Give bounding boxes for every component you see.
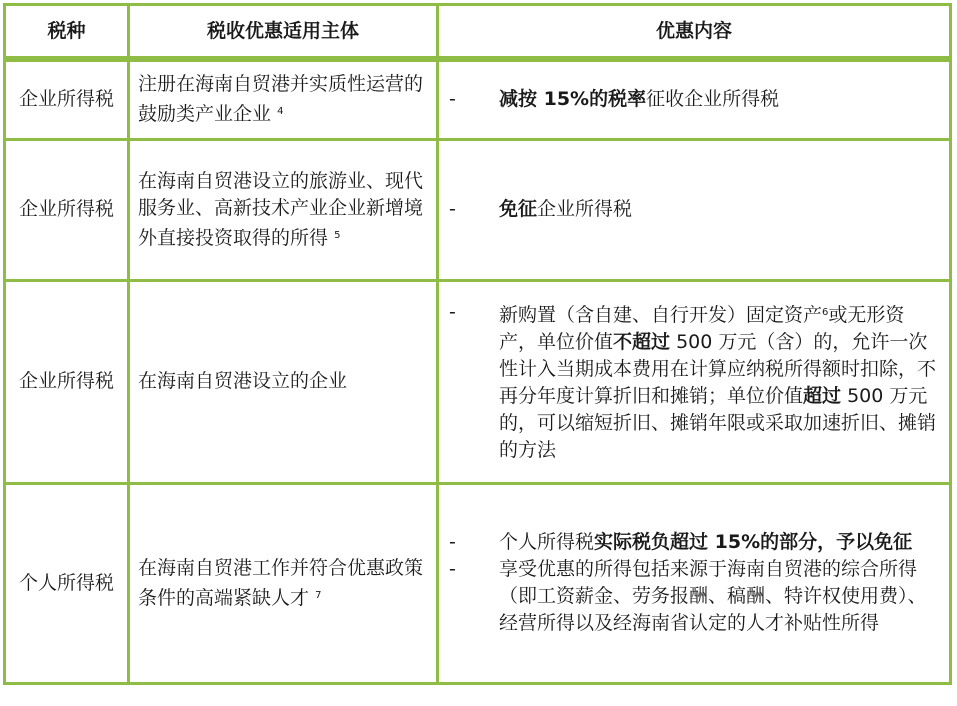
cell-tax-type: 个人所得税 — [5, 483, 129, 683]
bullet-dash: - — [447, 196, 499, 223]
text-segment: 新购置（含自建、自行开发）固定资产 — [499, 304, 822, 326]
text-segment: 个人所得税 — [499, 531, 594, 553]
bullet-text: 减按 15%的税率征收企业所得税 — [499, 86, 941, 113]
bullet-dash: - — [447, 86, 499, 113]
bullet-dash: - — [447, 556, 499, 637]
header-row: 税种 税收优惠适用主体 优惠内容 — [5, 5, 951, 60]
subject-text: 注册在海南自贸港并实质性运营的鼓励类产业企业 — [138, 73, 423, 125]
emphasis-text: 不超过 — [613, 331, 670, 353]
emphasis-text: 减按 15%的税率 — [499, 88, 646, 110]
table-row: 企业所得税注册在海南自贸港并实质性运营的鼓励类产业企业 4-减按 15%的税率征… — [5, 59, 951, 139]
cell-tax-type: 企业所得税 — [5, 280, 129, 483]
bullet-item: -免征企业所得税 — [447, 196, 941, 223]
cell-content: -个人所得税实际税负超过 15%的部分，予以免征-享受优惠的所得包括来源于海南自… — [438, 483, 951, 683]
emphasis-text: 免征 — [499, 198, 537, 220]
table-row: 企业所得税在海南自贸港设立的旅游业、现代服务业、高新技术产业企业新增境外直接投资… — [5, 139, 951, 280]
cell-content: -减按 15%的税率征收企业所得税 — [438, 59, 951, 139]
text-segment: 征收企业所得税 — [646, 88, 779, 110]
bullet-dash: - — [447, 529, 499, 556]
footnote-ref: 7 — [315, 590, 321, 601]
cell-tax-type: 企业所得税 — [5, 59, 129, 139]
subject-text: 在海南自贸港设立的旅游业、现代服务业、高新技术产业企业新增境外直接投资取得的所得 — [138, 170, 423, 249]
bullet-item: -享受优惠的所得包括来源于海南自贸港的综合所得（即工资薪金、劳务报酬、稿酬、特许… — [447, 556, 941, 637]
subject-text: 在海南自贸港工作并符合优惠政策条件的高端紧缺人才 — [138, 557, 423, 609]
bullet-text: 免征企业所得税 — [499, 196, 941, 223]
bullet-item: -减按 15%的税率征收企业所得税 — [447, 86, 941, 113]
cell-subject: 注册在海南自贸港并实质性运营的鼓励类产业企业 4 — [129, 59, 438, 139]
bullet-item: -个人所得税实际税负超过 15%的部分，予以免征 — [447, 529, 941, 556]
bullet-item: -新购置（含自建、自行开发）固定资产6或无形资产，单位价值不超过 500 万元（… — [447, 299, 941, 464]
header-subject: 税收优惠适用主体 — [129, 5, 438, 60]
table-row: 个人所得税在海南自贸港工作并符合优惠政策条件的高端紧缺人才 7-个人所得税实际税… — [5, 483, 951, 683]
tax-incentive-table: 税种 税收优惠适用主体 优惠内容 企业所得税注册在海南自贸港并实质性运营的鼓励类… — [3, 3, 952, 685]
cell-subject: 在海南自贸港设立的企业 — [129, 280, 438, 483]
cell-content: -免征企业所得税 — [438, 139, 951, 280]
header-content: 优惠内容 — [438, 5, 951, 60]
cell-subject: 在海南自贸港设立的旅游业、现代服务业、高新技术产业企业新增境外直接投资取得的所得… — [129, 139, 438, 280]
cell-tax-type: 企业所得税 — [5, 139, 129, 280]
text-segment: 享受优惠的所得包括来源于海南自贸港的综合所得（即工资薪金、劳务报酬、稿酬、特许权… — [499, 558, 927, 634]
bullet-dash: - — [447, 299, 499, 464]
cell-content: -新购置（含自建、自行开发）固定资产6或无形资产，单位价值不超过 500 万元（… — [438, 280, 951, 483]
bullet-text: 新购置（含自建、自行开发）固定资产6或无形资产，单位价值不超过 500 万元（含… — [499, 299, 941, 464]
emphasis-text: 实际税负超过 15%的部分，予以免征 — [594, 531, 912, 553]
bullet-text: 享受优惠的所得包括来源于海南自贸港的综合所得（即工资薪金、劳务报酬、稿酬、特许权… — [499, 556, 941, 637]
cell-subject: 在海南自贸港工作并符合优惠政策条件的高端紧缺人才 7 — [129, 483, 438, 683]
header-tax-type: 税种 — [5, 5, 129, 60]
emphasis-text: 超过 — [803, 385, 841, 407]
table-row: 企业所得税在海南自贸港设立的企业-新购置（含自建、自行开发）固定资产6或无形资产… — [5, 280, 951, 483]
footnote-ref: 4 — [277, 106, 283, 117]
bullet-text: 个人所得税实际税负超过 15%的部分，予以免征 — [499, 529, 941, 556]
footnote-ref: 5 — [334, 230, 340, 241]
text-segment: 企业所得税 — [537, 198, 632, 220]
subject-text: 在海南自贸港设立的企业 — [138, 370, 347, 392]
